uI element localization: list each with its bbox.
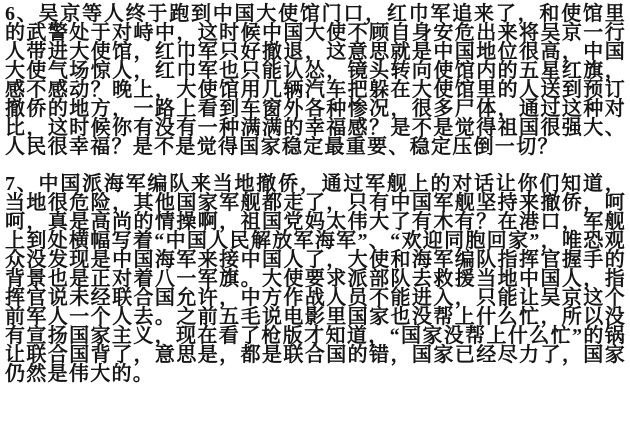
paragraph-6: 6、吴京等人终于跑到中国大使馆门口，红巾军追来了，和使馆里的武警处于对峙中，这时… [5,5,626,157]
document-page: 6、吴京等人终于跑到中国大使馆门口，红巾军追来了，和使馆里的武警处于对峙中，这时… [0,0,630,426]
paragraph-7: 7、中国派海军编队来当地撤侨，通过军舰上的对话让你们知道，当地很危险，其他国家军… [5,175,626,384]
